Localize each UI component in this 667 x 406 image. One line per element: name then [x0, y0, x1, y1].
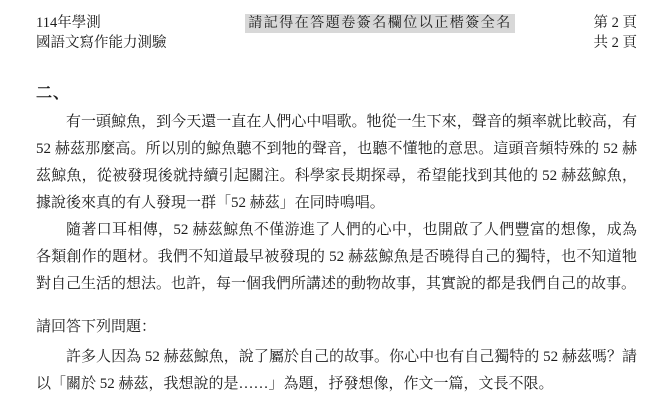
- exam-body: 二、 有一頭鯨魚，到今天還一直在人們心中唱歌。牠從一生下來，聲音的頻率就比較高，…: [0, 80, 667, 398]
- exam-page: 114年學測 國語文寫作能力測驗 請記得在答題卷簽名欄位以正楷簽全名 第 2 頁…: [0, 0, 667, 406]
- passage-paragraph-1: 有一頭鯨魚，到今天還一直在人們心中唱歌。牠從一生下來，聲音的頻率就比較高，有 5…: [36, 109, 637, 217]
- subject-title: 國語文寫作能力測驗: [36, 33, 167, 53]
- reading-passage: 有一頭鯨魚，到今天還一直在人們心中唱歌。牠從一生下來，聲音的頻率就比較高，有 5…: [36, 109, 637, 298]
- section-number: 二、: [36, 80, 637, 103]
- page-number: 第 2 頁: [594, 13, 638, 33]
- question-block: 許多人因為 52 赫茲鯨魚，說了屬於自己的故事。你心中也有自己獨特的 52 赫茲…: [36, 344, 637, 398]
- header-page-info: 第 2 頁 共 2 頁: [594, 13, 638, 53]
- page-total: 共 2 頁: [594, 33, 638, 53]
- question-text: 許多人因為 52 赫茲鯨魚，說了屬於自己的故事。你心中也有自己獨特的 52 赫茲…: [36, 344, 637, 398]
- page-header: 114年學測 國語文寫作能力測驗 請記得在答題卷簽名欄位以正楷簽全名 第 2 頁…: [0, 0, 667, 53]
- passage-paragraph-2: 隨著口耳相傳，52 赫茲鯨魚不僅游進了人們的心中，也開啟了人們豐富的想像，成為各…: [36, 217, 637, 298]
- header-exam-info: 114年學測 國語文寫作能力測驗: [36, 13, 167, 53]
- prompt-label: 請回答下列問題：: [36, 317, 637, 337]
- signature-notice: 請記得在答題卷簽名欄位以正楷簽全名: [245, 14, 515, 33]
- header-notice-container: 請記得在答題卷簽名欄位以正楷簽全名: [167, 13, 594, 33]
- exam-title: 114年學測: [36, 13, 167, 33]
